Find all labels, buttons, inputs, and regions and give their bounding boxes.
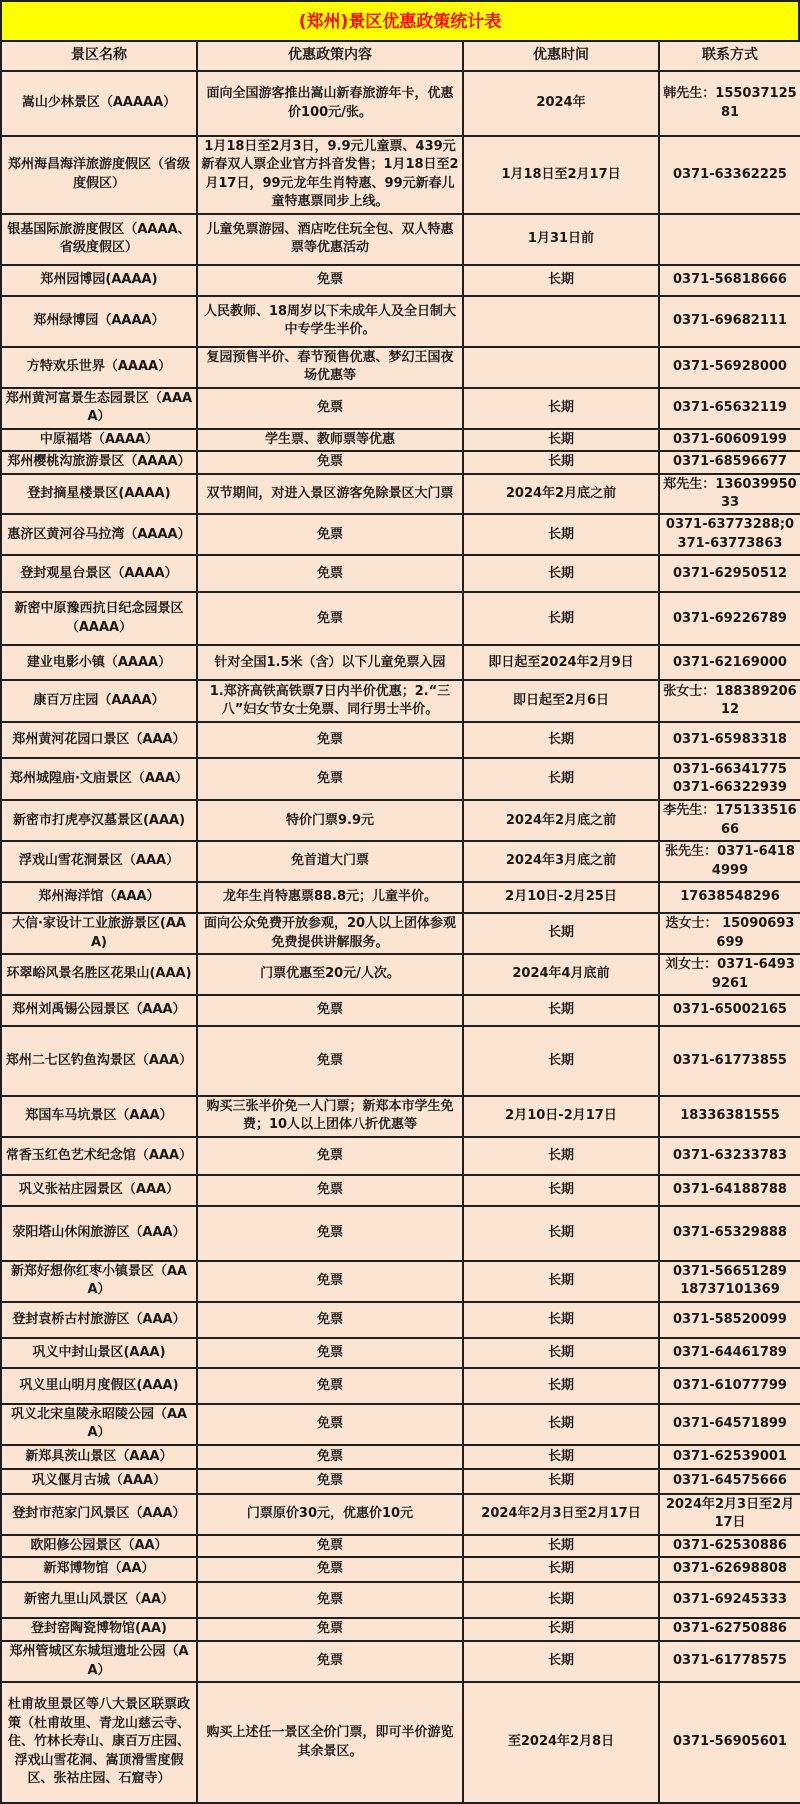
discount-time-cell: 长期 bbox=[463, 1618, 659, 1641]
policy-table-body: 嵩山少林景区（AAAAA）面向全国游客推出嵩山新春旅游年卡，优惠价100元/张。… bbox=[1, 71, 800, 1803]
discount-time-cell: 至2024年2月8日 bbox=[463, 1682, 659, 1803]
scenic-name-cell: 登封市范家门风景区（AAA） bbox=[1, 1494, 197, 1535]
table-row: 登封摘星楼景区(AAAA)双节期间，对进入景区游客免除景区大门票2024年2月底… bbox=[1, 474, 800, 515]
contact-cell: 0371-62530886 bbox=[659, 1535, 800, 1557]
scenic-name-cell: 郑州黄河花园口景区（AAA） bbox=[1, 722, 197, 758]
discount-time-cell: 即日起至2月6日 bbox=[463, 680, 659, 722]
table-row: 银基国际旅游度假区（AAAA、省级度假区）儿童免票游园、酒店吃住玩全包、双人特惠… bbox=[1, 214, 800, 265]
table-row: 郑州刘禹锡公园景区（AAA）免票长期0371-65002165 bbox=[1, 995, 800, 1026]
policy-content-cell: 免票 bbox=[197, 758, 463, 800]
policy-content-cell: 双节期间，对进入景区游客免除景区大门票 bbox=[197, 474, 463, 515]
discount-time-cell: 长期 bbox=[463, 1582, 659, 1618]
table-row: 方特欢乐世界（AAAA）复园预售半价、春节预售优惠、梦幻王国夜场优惠等0371-… bbox=[1, 347, 800, 388]
table-row: 登封市范家门风景区（AAA）门票原价30元，优惠价10元2024年2月3日至2月… bbox=[1, 1494, 800, 1535]
table-row: 郑州管城区东城垣遗址公园（AA）免票长期0371-61778575 bbox=[1, 1641, 800, 1682]
scenic-name-cell: 郑州海洋馆（AAA） bbox=[1, 882, 197, 913]
contact-cell: 0371-69245333 bbox=[659, 1582, 800, 1618]
scenic-name-cell: 登封摘星楼景区(AAAA) bbox=[1, 474, 197, 515]
table-row: 登封窑陶瓷博物馆(AA)免票长期0371-62750886 bbox=[1, 1618, 800, 1641]
table-row: 环翠峪风景名胜区花果山(AAA)门票优惠至20元/人次。2024年4月底前刘女士… bbox=[1, 954, 800, 995]
table-row: 新密市打虎亭汉墓景区(AAA)特价门票9.9元2024年2月底之前李先生：175… bbox=[1, 800, 800, 841]
table-row: 新郑博物馆（AA）免票长期0371-62698808 bbox=[1, 1557, 800, 1582]
policy-content-cell: 免票 bbox=[197, 1641, 463, 1682]
contact-cell: 郑先生：13603995033 bbox=[659, 474, 800, 515]
discount-time-cell bbox=[463, 296, 659, 347]
table-row: 郑州海洋馆（AAA）龙年生肖特惠票88.8元；儿童半价。2月10日-2月25日1… bbox=[1, 882, 800, 913]
discount-time-cell: 2024年 bbox=[463, 71, 659, 136]
scenic-name-cell: 建业电影小镇（AAAA） bbox=[1, 645, 197, 680]
contact-cell: 0371-66341775 0371-66322939 bbox=[659, 758, 800, 800]
discount-time-cell: 长期 bbox=[463, 1557, 659, 1582]
policy-content-cell: 特价门票9.9元 bbox=[197, 800, 463, 841]
scenic-name-cell: 欧阳修公园景区（AA） bbox=[1, 1535, 197, 1557]
contact-cell: 0371-69226789 bbox=[659, 592, 800, 645]
contact-cell: 张女士：18838920612 bbox=[659, 680, 800, 722]
discount-time-cell: 长期 bbox=[463, 1137, 659, 1175]
scenic-name-cell: 新郑好想你红枣小镇景区（AAA） bbox=[1, 1261, 197, 1302]
scenic-name-cell: 郑州园博园(AAAA) bbox=[1, 265, 197, 296]
policy-content-cell: 免票 bbox=[197, 1535, 463, 1557]
table-row: 嵩山少林景区（AAAAA）面向全国游客推出嵩山新春旅游年卡，优惠价100元/张。… bbox=[1, 71, 800, 136]
discount-time-cell: 长期 bbox=[463, 722, 659, 758]
table-row: 郑州园博园(AAAA)免票长期0371-56818666 bbox=[1, 265, 800, 296]
policy-content-cell: 人民教师、18周岁以下未成年人及全日制大中专学生半价。 bbox=[197, 296, 463, 347]
policy-content-cell: 免票 bbox=[197, 1582, 463, 1618]
table-row: 郑州海昌海洋旅游度假区（省级度假区）1月18日至2月3日，9.9元儿童票、439… bbox=[1, 136, 800, 214]
table-row: 登封袁桥古村旅游区（AAA）免票长期0371-58520099 bbox=[1, 1302, 800, 1338]
contact-cell bbox=[659, 214, 800, 265]
table-row: 浮戏山雪花洞景区（AAA）免首道大门票2024年3月底之前张先生：0371-64… bbox=[1, 841, 800, 882]
policy-content-cell: 免票 bbox=[197, 722, 463, 758]
contact-cell: 0371-62698808 bbox=[659, 1557, 800, 1582]
contact-cell: 0371-61077799 bbox=[659, 1368, 800, 1404]
table-row: 巩义中封山景区(AAA)免票长期0371-64461789 bbox=[1, 1338, 800, 1368]
table-row: 新郑具茨山景区（AAA）免票长期0371-62539001 bbox=[1, 1445, 800, 1469]
policy-content-cell: 免首道大门票 bbox=[197, 841, 463, 882]
column-header-scenic-name: 景区名称 bbox=[1, 41, 197, 71]
table-row: 巩义里山明月度假区(AAA)免票长期0371-61077799 bbox=[1, 1368, 800, 1404]
table-row: 郑国车马坑景区（AAA）购买三张半价免一人门票；新郑本市学生免费；10人以上团体… bbox=[1, 1096, 800, 1137]
discount-time-cell: 长期 bbox=[463, 1261, 659, 1302]
scenic-name-cell: 新郑具茨山景区（AAA） bbox=[1, 1445, 197, 1469]
scenic-name-cell: 郑州绿博园（AAAA） bbox=[1, 296, 197, 347]
table-row: 郑州二七区钓鱼沟景区（AAA）免票长期0371-61773855 bbox=[1, 1026, 800, 1096]
table-row: 康百万庄园（AAAA）1.郑济高铁高铁票7日内半价优惠；2.“三八”妇女节女士免… bbox=[1, 680, 800, 722]
scenic-name-cell: 登封窑陶瓷博物馆(AA) bbox=[1, 1618, 197, 1641]
table-row: 巩义张祜庄园景区（AAA）免票长期0371-64188788 bbox=[1, 1175, 800, 1206]
policy-content-cell: 免票 bbox=[197, 1368, 463, 1404]
contact-cell: 0371-64571899 bbox=[659, 1404, 800, 1445]
header-row: 景区名称 优惠政策内容 优惠时间 联系方式 bbox=[1, 41, 800, 71]
policy-content-cell: 免票 bbox=[197, 1302, 463, 1338]
table-row: 巩义北宋皇陵永昭陵公园（AAA）免票长期0371-64571899 bbox=[1, 1404, 800, 1445]
table-row: 新郑好想你红枣小镇景区（AAA）免票长期0371-56651289 187371… bbox=[1, 1261, 800, 1302]
table-row: 登封观星台景区（AAAA）免票长期0371-62950512 bbox=[1, 555, 800, 592]
contact-cell: 0371-62750886 bbox=[659, 1618, 800, 1641]
policy-content-cell: 免票 bbox=[197, 1338, 463, 1368]
table-row: 常香玉红色艺术纪念馆（AAA）免票长期0371-63233783 bbox=[1, 1137, 800, 1175]
contact-cell: 0371-56818666 bbox=[659, 265, 800, 296]
table-row: 新密九里山风景区（AA）免票长期0371-69245333 bbox=[1, 1582, 800, 1618]
policy-content-cell: 门票优惠至20元/人次。 bbox=[197, 954, 463, 995]
policy-content-cell: 免票 bbox=[197, 995, 463, 1026]
discount-time-cell: 长期 bbox=[463, 995, 659, 1026]
contact-cell: 0371-65632119 bbox=[659, 388, 800, 429]
policy-content-cell: 龙年生肖特惠票88.8元；儿童半价。 bbox=[197, 882, 463, 913]
discount-time-cell: 1月18日至2月17日 bbox=[463, 136, 659, 214]
policy-content-cell: 1.郑济高铁高铁票7日内半价优惠；2.“三八”妇女节女士免票、同行男士半价。 bbox=[197, 680, 463, 722]
policy-content-cell: 免票 bbox=[197, 1404, 463, 1445]
column-header-contact: 联系方式 bbox=[659, 41, 800, 71]
contact-cell: 迭女士： 15090693699 bbox=[659, 913, 800, 954]
scenic-name-cell: 嵩山少林景区（AAAAA） bbox=[1, 71, 197, 136]
policy-content-cell: 面向公众免费开放参观，20人以上团体参观免费提供讲解服务。 bbox=[197, 913, 463, 954]
policy-content-cell: 免票 bbox=[197, 1026, 463, 1096]
column-header-discount-time: 优惠时间 bbox=[463, 41, 659, 71]
table-row: 郑州黄河富景生态园景区（AAAA）免票长期0371-65632119 bbox=[1, 388, 800, 429]
discount-time-cell: 长期 bbox=[463, 1175, 659, 1206]
discount-time-cell: 2024年2月底之前 bbox=[463, 474, 659, 515]
discount-time-cell: 2月10日-2月17日 bbox=[463, 1096, 659, 1137]
discount-time-cell: 长期 bbox=[463, 1404, 659, 1445]
discount-time-cell: 长期 bbox=[463, 514, 659, 555]
discount-time-cell: 长期 bbox=[463, 555, 659, 592]
contact-cell: 2024年2月3日至2月17日 bbox=[659, 1494, 800, 1535]
scenic-name-cell: 银基国际旅游度假区（AAAA、省级度假区） bbox=[1, 214, 197, 265]
scenic-name-cell: 新密中原豫西抗日纪念园景区（AAAA） bbox=[1, 592, 197, 645]
policy-content-cell: 免票 bbox=[197, 265, 463, 296]
table-row: 杜甫故里景区等八大景区联票政策（杜甫故里、青龙山慈云寺、住、竹林长寿山、康百万庄… bbox=[1, 1682, 800, 1803]
table-row: 新密中原豫西抗日纪念园景区（AAAA）免票长期0371-69226789 bbox=[1, 592, 800, 645]
policy-content-cell: 购买上述任一景区全价门票，即可半价游览其余景区。 bbox=[197, 1682, 463, 1803]
discount-time-cell bbox=[463, 347, 659, 388]
contact-cell: 0371-56928000 bbox=[659, 347, 800, 388]
contact-cell: 0371-63773288;0371-63773863 bbox=[659, 514, 800, 555]
table-row: 大信·家设计工业旅游景区(AAA)面向公众免费开放参观，20人以上团体参观免费提… bbox=[1, 913, 800, 954]
policy-content-cell: 学生票、教师票等优惠 bbox=[197, 429, 463, 451]
policy-content-cell: 儿童免票游园、酒店吃住玩全包、双人特惠票等优惠活动 bbox=[197, 214, 463, 265]
discount-time-cell: 长期 bbox=[463, 1641, 659, 1682]
page-title: (郑州)景区优惠政策统计表 bbox=[0, 0, 800, 40]
scenic-name-cell: 巩义张祜庄园景区（AAA） bbox=[1, 1175, 197, 1206]
contact-cell: 0371-64575666 bbox=[659, 1469, 800, 1494]
policy-content-cell: 免票 bbox=[197, 1261, 463, 1302]
table-row: 郑州黄河花园口景区（AAA）免票长期0371-65983318 bbox=[1, 722, 800, 758]
scenic-name-cell: 巩义中封山景区(AAA) bbox=[1, 1338, 197, 1368]
discount-time-cell: 即日起至2024年2月9日 bbox=[463, 645, 659, 680]
discount-time-cell: 1月31日前 bbox=[463, 214, 659, 265]
discount-time-cell: 长期 bbox=[463, 1206, 659, 1261]
scenic-name-cell: 新密九里山风景区（AA） bbox=[1, 1582, 197, 1618]
scenic-name-cell: 常香玉红色艺术纪念馆（AAA） bbox=[1, 1137, 197, 1175]
scenic-name-cell: 荥阳塔山休闲旅游区（AAA） bbox=[1, 1206, 197, 1261]
policy-content-cell: 免票 bbox=[197, 1445, 463, 1469]
scenic-name-cell: 郑州樱桃沟旅游景区（AAAA） bbox=[1, 451, 197, 473]
scenic-name-cell: 新郑博物馆（AA） bbox=[1, 1557, 197, 1582]
table-row: 郑州城隍庙·文庙景区（AAA）免票长期0371-66341775 0371-66… bbox=[1, 758, 800, 800]
contact-cell: 0371-63233783 bbox=[659, 1137, 800, 1175]
scenic-name-cell: 巩义里山明月度假区(AAA) bbox=[1, 1368, 197, 1404]
policy-content-cell: 免票 bbox=[197, 514, 463, 555]
contact-cell: 0371-61778575 bbox=[659, 1641, 800, 1682]
policy-content-cell: 免票 bbox=[197, 1557, 463, 1582]
scenic-name-cell: 登封袁桥古村旅游区（AAA） bbox=[1, 1302, 197, 1338]
contact-cell: 18336381555 bbox=[659, 1096, 800, 1137]
policy-content-cell: 免票 bbox=[197, 555, 463, 592]
table-row: 郑州樱桃沟旅游景区（AAAA）免票长期0371-68596677 bbox=[1, 451, 800, 473]
table-row: 欧阳修公园景区（AA）免票长期0371-62530886 bbox=[1, 1535, 800, 1557]
scenic-name-cell: 登封观星台景区（AAAA） bbox=[1, 555, 197, 592]
discount-time-cell: 长期 bbox=[463, 451, 659, 473]
discount-time-cell: 长期 bbox=[463, 1302, 659, 1338]
table-row: 荥阳塔山休闲旅游区（AAA）免票长期0371-65329888 bbox=[1, 1206, 800, 1261]
table-row: 建业电影小镇（AAAA）针对全国1.5米（含）以下儿童免票入园即日起至2024年… bbox=[1, 645, 800, 680]
policy-content-cell: 购买三张半价免一人门票；新郑本市学生免费；10人以上团体八折优惠等 bbox=[197, 1096, 463, 1137]
contact-cell: 0371-63362225 bbox=[659, 136, 800, 214]
contact-cell: 0371-62169000 bbox=[659, 645, 800, 680]
policy-content-cell: 免票 bbox=[197, 1137, 463, 1175]
contact-cell: 韩先生：15503712581 bbox=[659, 71, 800, 136]
policy-content-cell: 免票 bbox=[197, 1618, 463, 1641]
discount-time-cell: 长期 bbox=[463, 1535, 659, 1557]
scenic-name-cell: 康百万庄园（AAAA） bbox=[1, 680, 197, 722]
policy-content-cell: 免票 bbox=[197, 1206, 463, 1261]
scenic-name-cell: 环翠峪风景名胜区花果山(AAA) bbox=[1, 954, 197, 995]
contact-cell: 0371-65002165 bbox=[659, 995, 800, 1026]
policy-content-cell: 门票原价30元，优惠价10元 bbox=[197, 1494, 463, 1535]
scenic-name-cell: 方特欢乐世界（AAAA） bbox=[1, 347, 197, 388]
policy-content-cell: 针对全国1.5米（含）以下儿童免票入园 bbox=[197, 645, 463, 680]
table-row: 郑州绿博园（AAAA）人民教师、18周岁以下未成年人及全日制大中专学生半价。03… bbox=[1, 296, 800, 347]
discount-time-cell: 长期 bbox=[463, 1445, 659, 1469]
table-header: 景区名称 优惠政策内容 优惠时间 联系方式 bbox=[1, 41, 800, 71]
policy-content-cell: 免票 bbox=[197, 1175, 463, 1206]
discount-time-cell: 长期 bbox=[463, 1338, 659, 1368]
scenic-name-cell: 中原福塔（AAAA） bbox=[1, 429, 197, 451]
discount-time-cell: 长期 bbox=[463, 1368, 659, 1404]
discount-time-cell: 长期 bbox=[463, 388, 659, 429]
discount-time-cell: 2024年2月3日至2月17日 bbox=[463, 1494, 659, 1535]
contact-cell: 17638548296 bbox=[659, 882, 800, 913]
policy-content-cell: 复园预售半价、春节预售优惠、梦幻王国夜场优惠等 bbox=[197, 347, 463, 388]
scenic-name-cell: 郑州黄河富景生态园景区（AAAA） bbox=[1, 388, 197, 429]
discount-time-cell: 长期 bbox=[463, 592, 659, 645]
contact-cell: 0371-64461789 bbox=[659, 1338, 800, 1368]
policy-content-cell: 1月18日至2月3日，9.9元儿童票、439元新春双人票企业官方抖音发售；1月1… bbox=[197, 136, 463, 214]
scenic-name-cell: 杜甫故里景区等八大景区联票政策（杜甫故里、青龙山慈云寺、住、竹林长寿山、康百万庄… bbox=[1, 1682, 197, 1803]
contact-cell: 0371-61773855 bbox=[659, 1026, 800, 1096]
policy-statistics-page: (郑州)景区优惠政策统计表 景区名称 优惠政策内容 优惠时间 联系方式 嵩山少林… bbox=[0, 0, 800, 1804]
policy-content-cell: 免票 bbox=[197, 1469, 463, 1494]
scenic-name-cell: 惠济区黄河谷马拉湾（AAAA） bbox=[1, 514, 197, 555]
scenic-name-cell: 巩义北宋皇陵永昭陵公园（AAA） bbox=[1, 1404, 197, 1445]
table-row: 巩义偃月古城（AAA）免票长期0371-64575666 bbox=[1, 1469, 800, 1494]
scenic-name-cell: 郑州管城区东城垣遗址公园（AA） bbox=[1, 1641, 197, 1682]
contact-cell: 张先生：0371-64184999 bbox=[659, 841, 800, 882]
policy-table: 景区名称 优惠政策内容 优惠时间 联系方式 嵩山少林景区（AAAAA）面向全国游… bbox=[0, 40, 800, 1804]
scenic-name-cell: 浮戏山雪花洞景区（AAA） bbox=[1, 841, 197, 882]
discount-time-cell: 长期 bbox=[463, 913, 659, 954]
discount-time-cell: 长期 bbox=[463, 265, 659, 296]
column-header-policy-content: 优惠政策内容 bbox=[197, 41, 463, 71]
contact-cell: 0371-65983318 bbox=[659, 722, 800, 758]
scenic-name-cell: 大信·家设计工业旅游景区(AAA) bbox=[1, 913, 197, 954]
scenic-name-cell: 郑州二七区钓鱼沟景区（AAA） bbox=[1, 1026, 197, 1096]
contact-cell: 0371-62950512 bbox=[659, 555, 800, 592]
contact-cell: 刘女士：0371-64939261 bbox=[659, 954, 800, 995]
contact-cell: 0371-69682111 bbox=[659, 296, 800, 347]
scenic-name-cell: 郑州海昌海洋旅游度假区（省级度假区） bbox=[1, 136, 197, 214]
discount-time-cell: 2月10日-2月25日 bbox=[463, 882, 659, 913]
contact-cell: 0371-56905601 bbox=[659, 1682, 800, 1803]
contact-cell: 0371-60609199 bbox=[659, 429, 800, 451]
discount-time-cell: 长期 bbox=[463, 758, 659, 800]
policy-content-cell: 免票 bbox=[197, 451, 463, 473]
table-row: 惠济区黄河谷马拉湾（AAAA）免票长期0371-63773288;0371-63… bbox=[1, 514, 800, 555]
discount-time-cell: 长期 bbox=[463, 429, 659, 451]
contact-cell: 0371-58520099 bbox=[659, 1302, 800, 1338]
discount-time-cell: 2024年2月底之前 bbox=[463, 800, 659, 841]
discount-time-cell: 2024年3月底之前 bbox=[463, 841, 659, 882]
contact-cell: 0371-62539001 bbox=[659, 1445, 800, 1469]
contact-cell: 0371-56651289 18737101369 bbox=[659, 1261, 800, 1302]
scenic-name-cell: 新密市打虎亭汉墓景区(AAA) bbox=[1, 800, 197, 841]
scenic-name-cell: 郑国车马坑景区（AAA） bbox=[1, 1096, 197, 1137]
contact-cell: 0371-64188788 bbox=[659, 1175, 800, 1206]
discount-time-cell: 长期 bbox=[463, 1026, 659, 1096]
policy-content-cell: 免票 bbox=[197, 388, 463, 429]
table-row: 中原福塔（AAAA）学生票、教师票等优惠长期0371-60609199 bbox=[1, 429, 800, 451]
scenic-name-cell: 巩义偃月古城（AAA） bbox=[1, 1469, 197, 1494]
contact-cell: 李先生：17513351666 bbox=[659, 800, 800, 841]
contact-cell: 0371-68596677 bbox=[659, 451, 800, 473]
discount-time-cell: 长期 bbox=[463, 1469, 659, 1494]
discount-time-cell: 2024年4月底前 bbox=[463, 954, 659, 995]
contact-cell: 0371-65329888 bbox=[659, 1206, 800, 1261]
policy-content-cell: 免票 bbox=[197, 592, 463, 645]
policy-content-cell: 面向全国游客推出嵩山新春旅游年卡，优惠价100元/张。 bbox=[197, 71, 463, 136]
scenic-name-cell: 郑州刘禹锡公园景区（AAA） bbox=[1, 995, 197, 1026]
scenic-name-cell: 郑州城隍庙·文庙景区（AAA） bbox=[1, 758, 197, 800]
